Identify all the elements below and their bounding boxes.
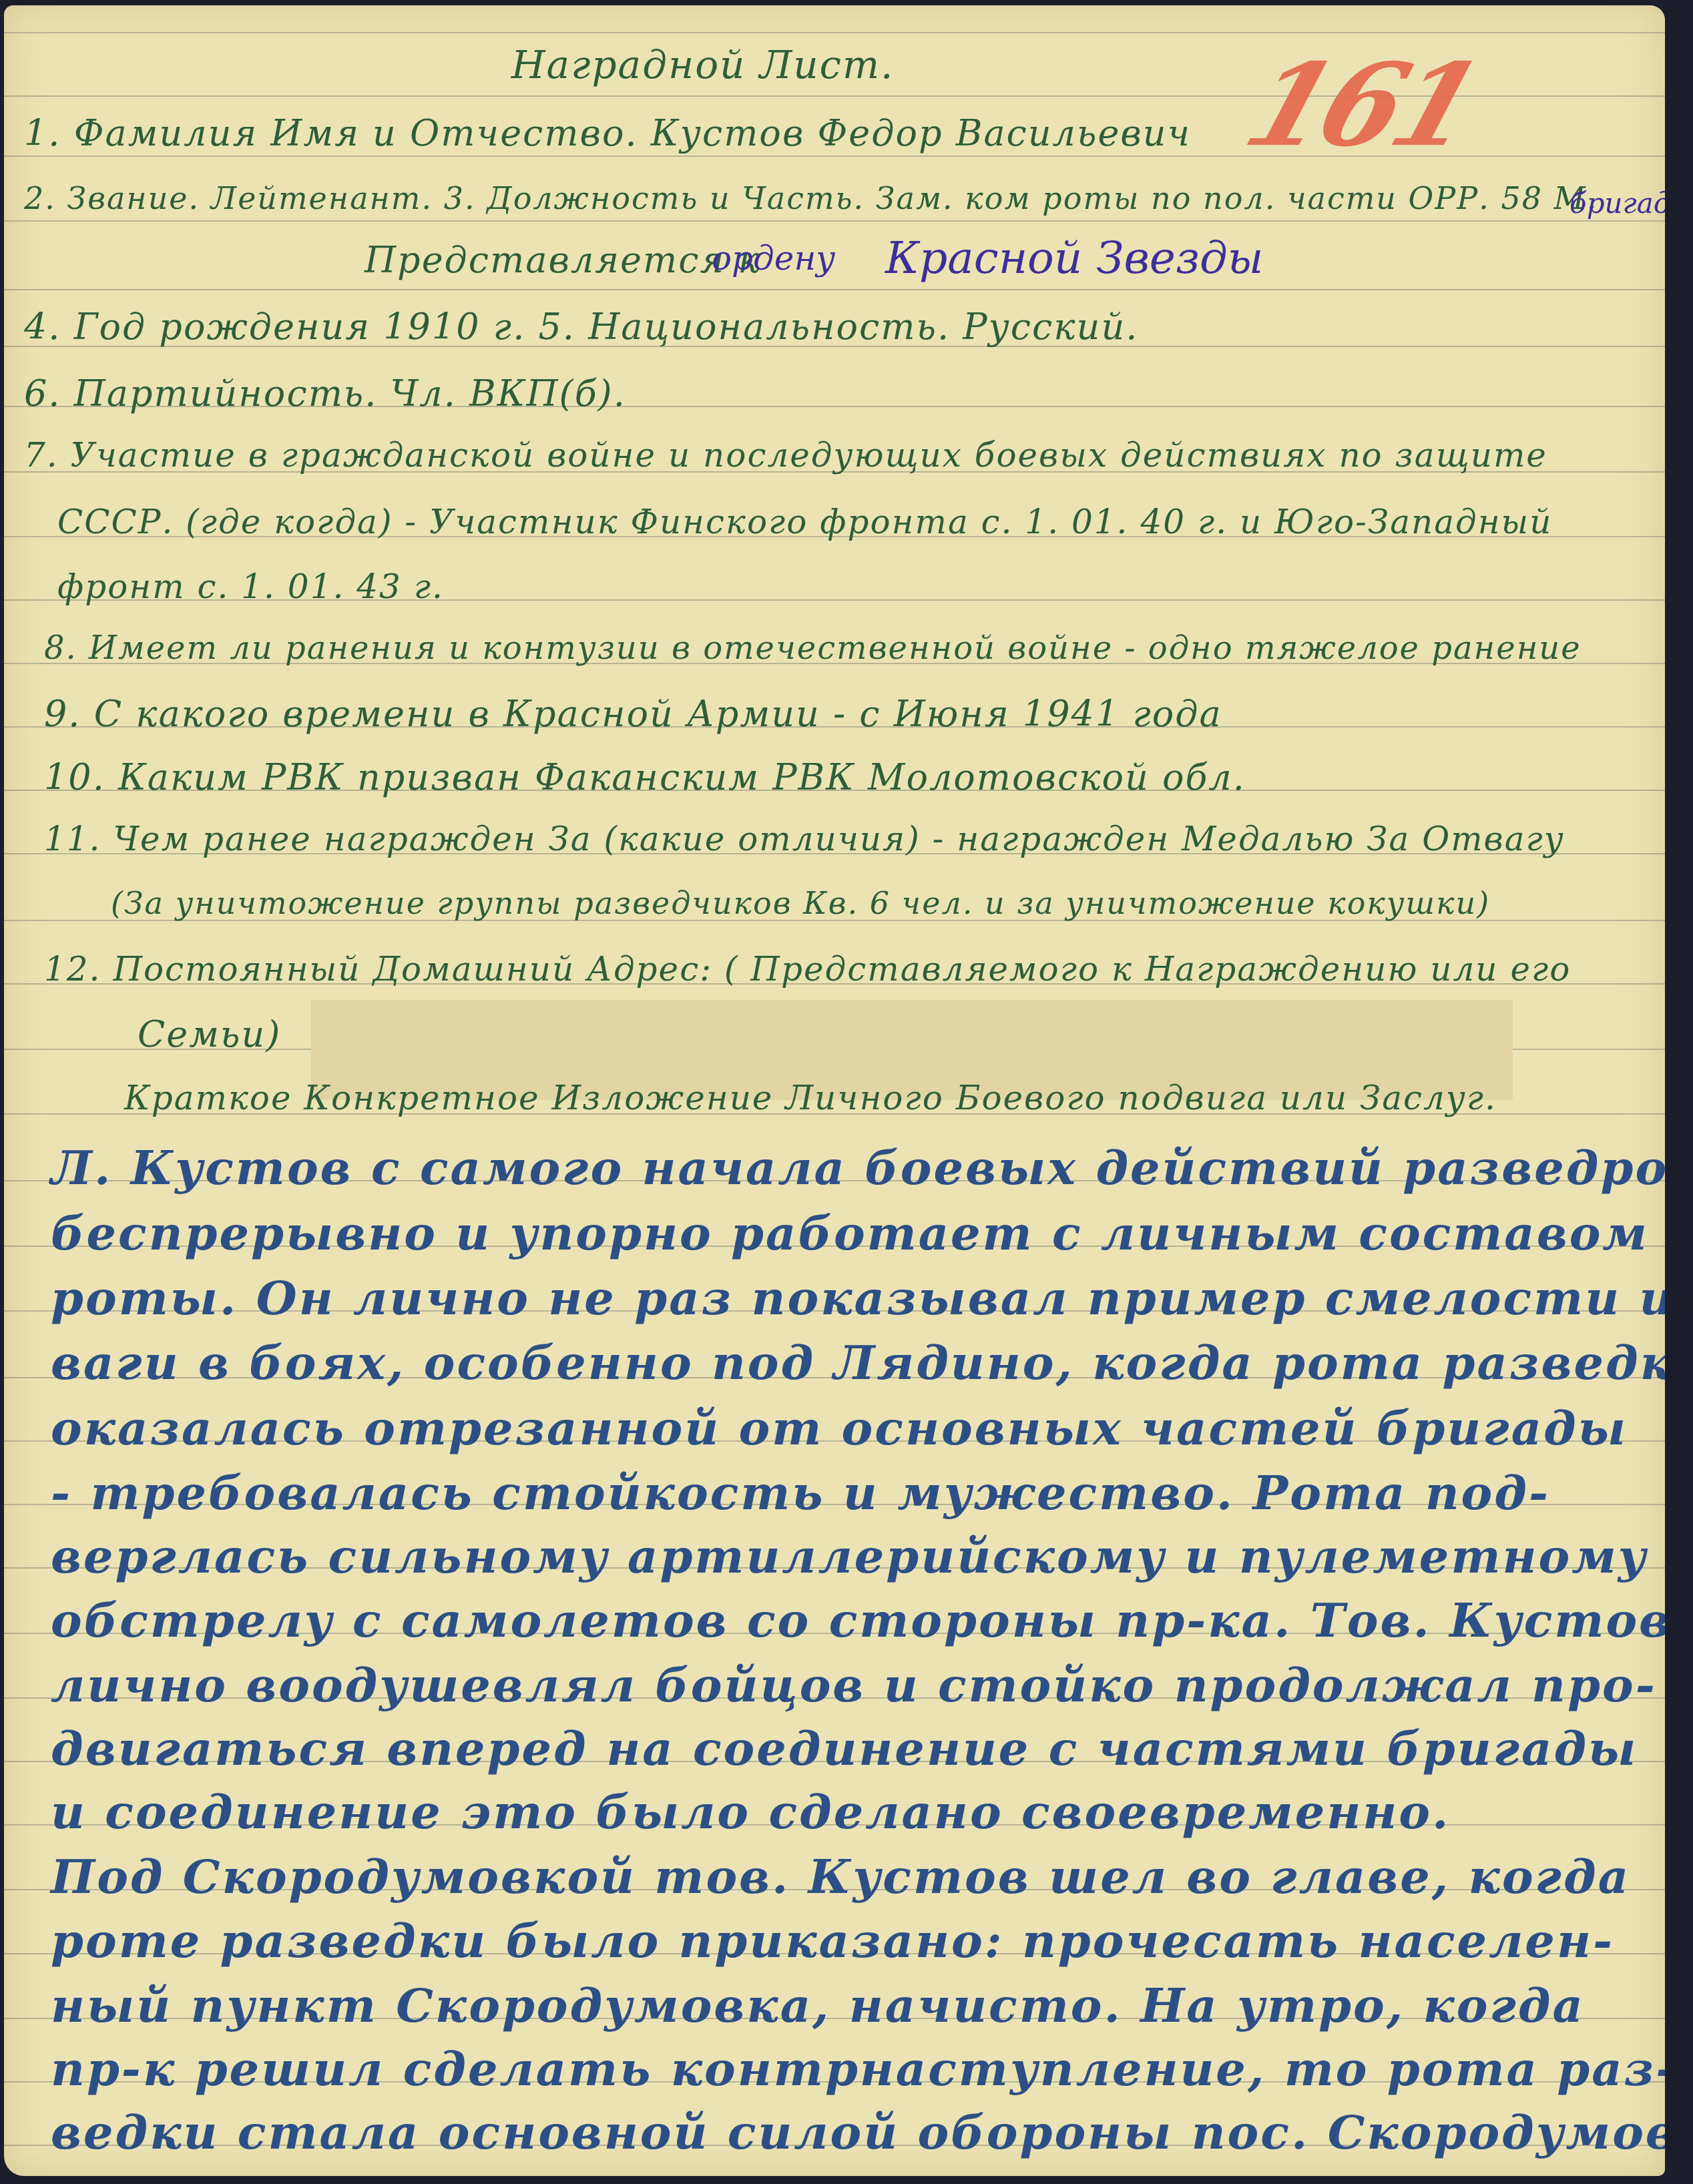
field-2-3-rank-position: 2. Звание. Лейтенант. 3. Должность и Час… [24,180,1598,216]
narrative-line: роты. Он лично не раз показывал пример с… [51,1270,1665,1326]
ruled-line [4,32,1665,33]
narrative-line: и соединение это было сделано своевремен… [51,1784,1450,1840]
narrative-line: ведки стала основной силой обороны пос. … [51,2105,1665,2160]
narrative-line: ваги в боях, особенно под Лядино, когда … [51,1335,1665,1390]
field-11-details: (За уничтожение группы разведчиков Кв. 6… [111,885,1490,921]
narrative-line: ный пункт Скородумовка, начисто. На утро… [51,1978,1585,2033]
narrative-line: обстрелу с самолетов со стороны пр-ка. Т… [51,1593,1665,1648]
summary-heading: Краткое Конкретное Изложение Личного Бое… [124,1079,1497,1117]
field-12-family: Семьи) [138,1013,281,1055]
narrative-line: беспрерывно и упорно работает с личным с… [51,1205,1649,1261]
order-prefix: ордену [712,239,835,278]
narrative-line: верглась сильному артиллерийскому и пуле… [51,1529,1648,1584]
narrative-line: двигаться вперед на соединение с частями… [51,1721,1638,1776]
field-7-line-3: фронт с. 1. 01. 43 г. [57,567,444,606]
order-name: Красной Звезды [885,232,1264,284]
field-6-party: 6. Партийность. Чл. ВКП(б). [24,372,626,415]
ruled-line [4,220,1665,222]
field-7-line-1: 7. Участие в гражданской войне и последу… [24,436,1547,475]
narrative-line: роте разведки было приказано: прочесать … [51,1913,1614,1968]
field-4-5-birth-nationality: 4. Год рождения 1910 г. 5. Национальност… [24,306,1138,348]
ruled-line [4,289,1665,290]
document-title: Наградной Лист. [511,42,895,87]
award-sheet-page: 161 Наградной Лист. 1. Фамилия Имя и Отч… [4,5,1665,2176]
narrative-line: - требовалась стойкость и мужество. Рота… [51,1465,1550,1521]
field-8-wounds: 8. Имеет ли ранения и контузии в отечест… [44,629,1582,667]
nomination-intro: Представляется к [365,239,761,281]
field-1-full-name: 1. Фамилия Имя и Отчество. Кустов Федор … [24,112,1191,154]
narrative-line: оказалась отрезанной от основных частей … [51,1400,1628,1456]
field-12-address: 12. Постоянный Домашний Адрес: ( Предста… [44,950,1571,989]
narrative-line: лично воодушевлял бойцов и стойко продол… [51,1657,1657,1713]
archive-number-mark: 161 [1231,39,1491,172]
brigade-insert: бригады [1569,187,1665,220]
field-7-line-2: СССР. (где когда) - Участник Финского фр… [57,503,1553,541]
field-11-prior-awards: 11. Чем ранее награжден За (какие отличи… [44,820,1565,858]
field-9-service-since: 9. С какого времени в Красной Армии - с … [44,693,1222,735]
field-10-draft-office: 10. Каким РВК призван Факанским РВК Моло… [44,756,1246,798]
narrative-line: Л. Кустов с самого начала боевых действи… [51,1140,1665,1195]
narrative-line: пр-к решил сделать контрнаступление, то … [51,2041,1665,2097]
narrative-line: Под Скородумовкой тов. Кустов шел во гла… [51,1849,1630,1904]
